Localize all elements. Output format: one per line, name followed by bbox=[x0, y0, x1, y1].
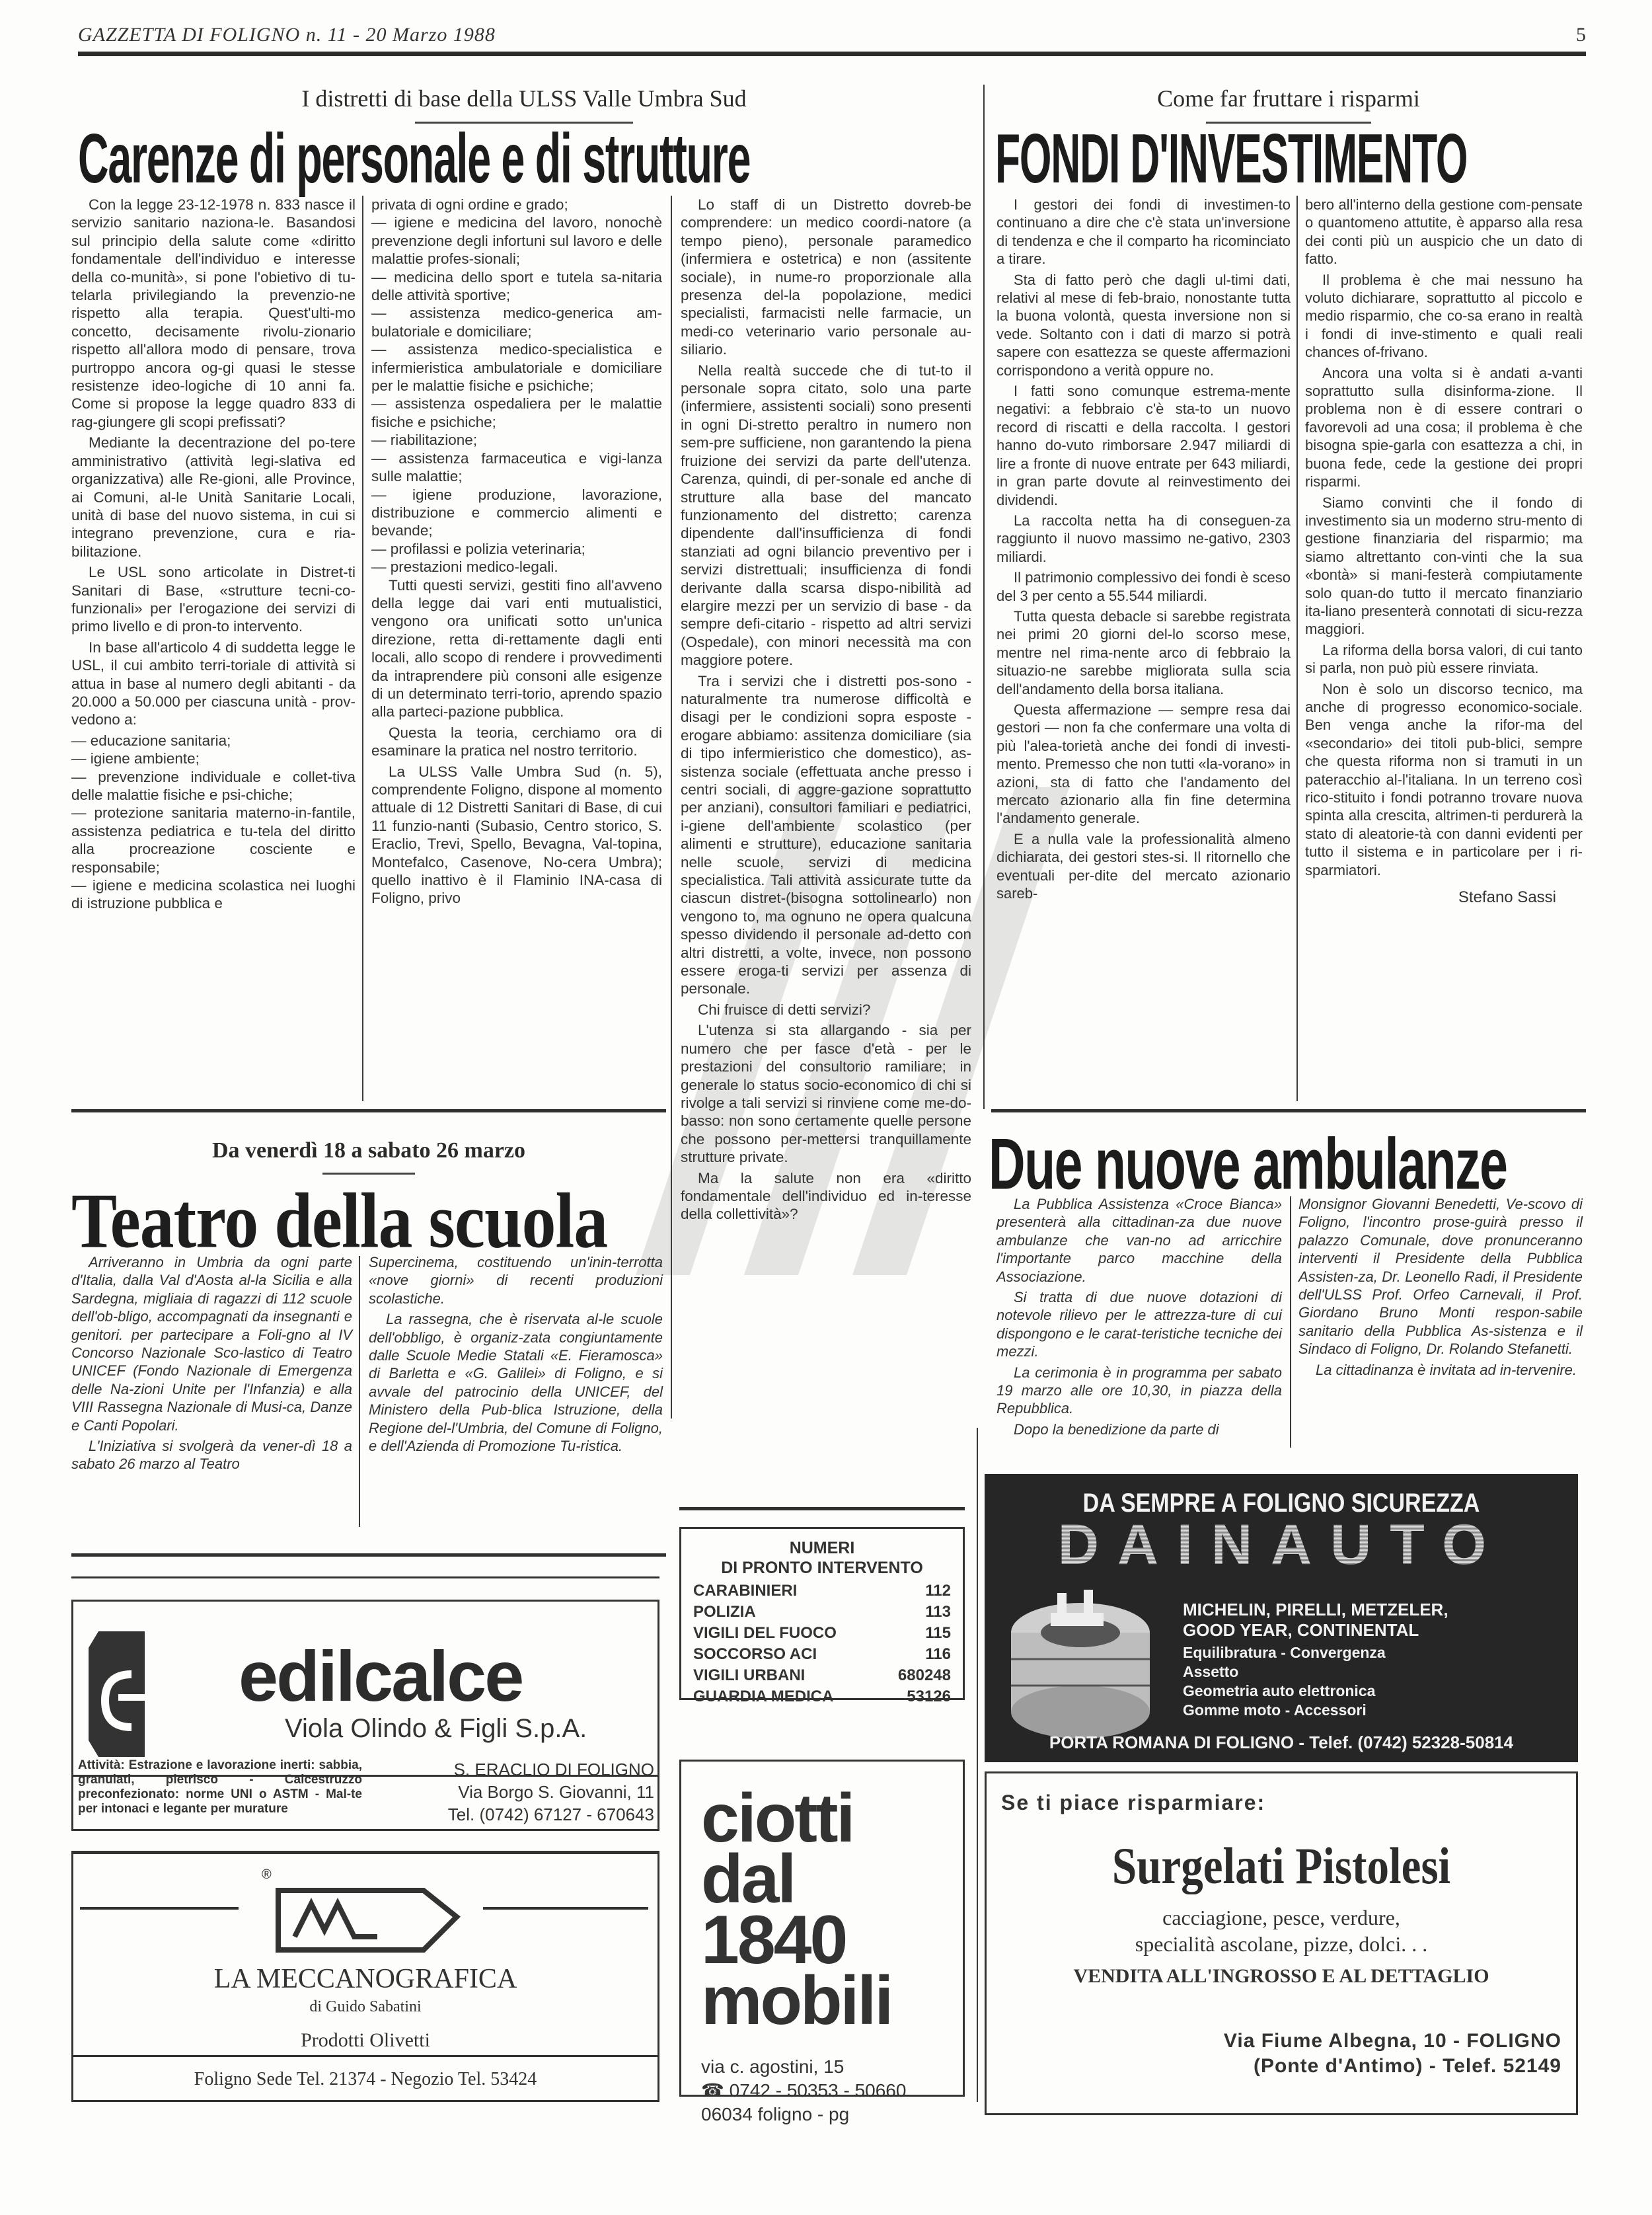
list-item: — medicina dello sport e tutela sa-nitar… bbox=[371, 268, 662, 305]
service-item: Gomme moto - Accessori bbox=[1183, 1701, 1386, 1720]
funds-kicker: Come far fruttare i risparmi bbox=[991, 85, 1586, 112]
health-headline: Carenze di personale e di strutture bbox=[78, 119, 979, 199]
tire-brands-line: GOOD YEAR, CONTINENTAL bbox=[1183, 1620, 1448, 1641]
section-rule bbox=[71, 1553, 666, 1557]
service-name: GUARDIA MEDICA bbox=[693, 1686, 833, 1707]
pistolesi-sales: VENDITA ALL'INGROSSO E AL DETTAGLIO bbox=[987, 1965, 1576, 1988]
list-item: — igiene ambiente; bbox=[71, 750, 356, 767]
paragraph: Lo staff di un Distretto dovreb-be compr… bbox=[681, 196, 971, 359]
section-rule bbox=[71, 1109, 666, 1112]
health-article-header: I distretti di base della ULSS Valle Umb… bbox=[78, 85, 970, 124]
paragraph: Tutta questa debacle si sarebbe registra… bbox=[996, 607, 1291, 698]
tire-brands-line: MICHELIN, PIRELLI, METZELER, bbox=[1183, 1600, 1448, 1620]
edilcalce-address: S. ERACLIO DI FOLIGNO Via Borgo S. Giova… bbox=[370, 1758, 654, 1826]
paragraph: Le USL sono articolate in Distret-ti San… bbox=[71, 563, 356, 636]
funds-column-1: I gestori dei fondi di investimen-to con… bbox=[996, 196, 1291, 905]
paragraph: Chi fruisce di detti servizi? bbox=[681, 1001, 971, 1019]
list-item: — protezione sanitaria materno-in-fantil… bbox=[71, 804, 356, 876]
emergency-row: GUARDIA MEDICA53126 bbox=[693, 1686, 951, 1707]
paragraph: L'Iniziativa si svolgerà da vener-dì 18 … bbox=[71, 1437, 352, 1473]
ciotti-phone-row: ☎ 0742 - 50353 - 50660 bbox=[701, 2079, 943, 2103]
pistolesi-name: Surgelati Pistolesi bbox=[1028, 1836, 1534, 1896]
list-item: — prevenzione individuale e collet-tiva … bbox=[71, 768, 356, 804]
paragraph: Sta di fatto però che dagli ul-timi dati… bbox=[996, 271, 1291, 379]
funds-article-header: Come far fruttare i risparmi bbox=[991, 85, 1586, 124]
paragraph: La rassegna, che è riservata al-le scuol… bbox=[369, 1310, 663, 1455]
theatre-column-1: Arriveranno in Umbria da ogni parte d'It… bbox=[71, 1253, 352, 1476]
address-line: Tel. (0742) 67127 - 670643 bbox=[370, 1803, 654, 1826]
list-item: — riabilitazione; bbox=[371, 431, 662, 449]
telephone-icon: ☎ bbox=[701, 2080, 724, 2101]
paragraph: La cittadinanza è invitata ad in-terveni… bbox=[1298, 1361, 1583, 1379]
health-column-2: privata di ogni ordine e grado; — igiene… bbox=[371, 196, 662, 910]
ciotti-contact: via c. agostini, 15 ☎ 0742 - 50353 - 506… bbox=[701, 2055, 943, 2126]
edilcalce-logo-icon bbox=[85, 1628, 149, 1760]
pistolesi-products-2: specialità ascolane, pizze, dolci. . . bbox=[987, 1932, 1576, 1957]
paragraph: Il problema è che mai nessuno ha voluto … bbox=[1305, 271, 1583, 362]
paragraph: Mediante la decentrazione del po-tere am… bbox=[71, 434, 356, 561]
logo-rule bbox=[80, 1907, 239, 1910]
meccanografica-ad: ® LA MECCANOGRAFICA di Guido Sabatini bbox=[71, 1851, 659, 2057]
address-line: S. ERACLIO DI FOLIGNO bbox=[370, 1758, 654, 1781]
paragraph: La riforma della borsa valori, di cui ta… bbox=[1305, 641, 1583, 678]
emergency-row: SOCCORSO ACI116 bbox=[693, 1644, 951, 1665]
paragraph: Ancora una volta si è andati a-vanti sop… bbox=[1305, 364, 1583, 491]
health-kicker: I distretti di base della ULSS Valle Umb… bbox=[78, 85, 970, 112]
column-divider bbox=[983, 85, 985, 1109]
ciotti-line-2: dal 1840 bbox=[701, 1849, 943, 1970]
emergency-row: VIGILI URBANI680248 bbox=[693, 1665, 951, 1686]
section-rule bbox=[71, 1576, 659, 1578]
service-name: POLIZIA bbox=[693, 1602, 756, 1623]
theatre-column-2: Supercinema, costituendo un'inin-terrott… bbox=[369, 1253, 663, 1457]
phone-number: 680248 bbox=[898, 1665, 951, 1686]
column-divider bbox=[362, 196, 363, 1101]
paragraph: Dopo la benedizione da parte di bbox=[996, 1420, 1282, 1438]
address-line: Via Fiume Albegna, 10 - FOLIGNO bbox=[1224, 2029, 1561, 2054]
theatre-article-header: Da venerdì 18 a sabato 26 marzo bbox=[71, 1138, 666, 1175]
paragraph: La raccolta netta ha di conseguen-za rag… bbox=[996, 512, 1291, 566]
paragraph: Siamo convinti che il fondo di investime… bbox=[1305, 494, 1583, 639]
service-item: Assetto bbox=[1183, 1662, 1386, 1682]
emergency-subtitle: DI PRONTO INTERVENTO bbox=[693, 1558, 951, 1578]
paragraph: Con la legge 23-12-1978 n. 833 nasce il … bbox=[71, 196, 356, 431]
health-column-3: Lo staff di un Distretto dovreb-be compr… bbox=[681, 196, 971, 1226]
paragraph: La ULSS Valle Umbra Sud (n. 5), comprend… bbox=[371, 763, 662, 908]
paragraph: Non è solo un discorso tecnico, ma anche… bbox=[1305, 680, 1583, 879]
ciotti-brand: ciotti dal 1840 mobili bbox=[701, 1788, 943, 2031]
ciotti-address: via c. agostini, 15 bbox=[701, 2055, 943, 2079]
ambulances-column-1: La Pubblica Assistenza «Croce Bianca» pr… bbox=[996, 1195, 1282, 1441]
ciotti-ad: ciotti dal 1840 mobili via c. agostini, … bbox=[679, 1760, 965, 2097]
emergency-row: VIGILI DEL FUOCO115 bbox=[693, 1623, 951, 1644]
column-divider bbox=[359, 1256, 360, 1527]
funds-column-2: bero all'interno della gestione com-pens… bbox=[1305, 196, 1583, 906]
list-item: — igiene produzione, lavorazione, distri… bbox=[371, 486, 662, 540]
paragraph: Arriveranno in Umbria da ogni parte d'It… bbox=[71, 1253, 352, 1434]
list-item: — assistenza ospedaliera per le malattie… bbox=[371, 395, 662, 431]
emergency-title: NUMERI bbox=[693, 1538, 951, 1558]
ciotti-phone: 0742 - 50353 - 50660 bbox=[730, 2080, 907, 2101]
column-divider bbox=[671, 196, 672, 1418]
logo-rule bbox=[483, 1907, 648, 1910]
paragraph: Ma la salute non era «diritto fondamenta… bbox=[681, 1169, 971, 1224]
dainauto-brands: MICHELIN, PIRELLI, METZELER, GOOD YEAR, … bbox=[1183, 1600, 1448, 1641]
byline: Stefano Sassi bbox=[1305, 888, 1583, 906]
paragraph: L'utenza si sta allargando - sia per num… bbox=[681, 1021, 971, 1166]
pistolesi-address: Via Fiume Albegna, 10 - FOLIGNO (Ponte d… bbox=[1224, 2029, 1561, 2079]
meccanografica-logo-icon bbox=[265, 1877, 470, 1957]
page-number: 5 bbox=[1576, 24, 1586, 46]
masthead-rule bbox=[78, 52, 1586, 56]
paragraph: In base all'articolo 4 di suddetta legge… bbox=[71, 639, 356, 729]
paragraph: Si tratta di due nuove dotazioni di note… bbox=[996, 1288, 1282, 1361]
ciotti-line-3: mobili bbox=[701, 1970, 943, 2031]
emergency-list: CARABINIERI112 POLIZIA113 VIGILI DEL FUO… bbox=[693, 1580, 951, 1707]
ciotti-line-1: ciotti bbox=[701, 1788, 943, 1849]
phone-number: 113 bbox=[925, 1602, 951, 1623]
paragraph: I gestori dei fondi di investimen-to con… bbox=[996, 196, 1291, 268]
phone-number: 115 bbox=[925, 1623, 951, 1644]
ambulances-headline: Due nuove ambulanze bbox=[989, 1124, 1507, 1206]
list-item: — assistenza farmaceutica e vigi-lanza s… bbox=[371, 449, 662, 486]
paragraph: La Pubblica Assistenza «Croce Bianca» pr… bbox=[996, 1195, 1282, 1286]
service-name: SOCCORSO ACI bbox=[693, 1644, 817, 1665]
phone-number: 116 bbox=[925, 1644, 951, 1665]
meccanografica-owner: di Guido Sabatini bbox=[73, 1998, 657, 2016]
kicker-rule bbox=[322, 1173, 415, 1175]
address-line: (Ponte d'Antimo) - Telef. 52149 bbox=[1224, 2054, 1561, 2079]
service-item: Geometria auto elettronica bbox=[1183, 1682, 1386, 1701]
service-name: VIGILI DEL FUOCO bbox=[693, 1623, 837, 1644]
newspaper-title: GAZZETTA DI FOLIGNO n. 11 - 20 Marzo 198… bbox=[78, 24, 496, 46]
column-divider bbox=[1290, 1196, 1291, 1448]
paragraph: Questa affermazione — sempre resa dai ge… bbox=[996, 701, 1291, 828]
column-divider bbox=[977, 1428, 978, 2102]
emergency-row: CARABINIERI112 bbox=[693, 1580, 951, 1602]
funds-headline: FONDI D'INVESTIMENTO bbox=[995, 119, 1467, 199]
emergency-numbers-box: NUMERI DI PRONTO INTERVENTO CARABINIERI1… bbox=[679, 1527, 965, 1700]
paragraph: Monsignor Giovanni Benedetti, Ve-scovo d… bbox=[1298, 1195, 1583, 1358]
pistolesi-ad: Se ti piace risparmiare: Surgelati Pisto… bbox=[985, 1771, 1578, 2115]
paragraph: Nella realtà succede che di tut-to il pe… bbox=[681, 362, 971, 670]
list-item: — igiene e medicina del lavoro, nonochè … bbox=[371, 214, 662, 268]
edilcalce-activities: Attività: Estrazione e lavorazione inert… bbox=[78, 1758, 362, 1816]
section-rule bbox=[679, 1507, 965, 1510]
paragraph: Questa la teoria, cerchiamo ora di esami… bbox=[371, 724, 662, 760]
paragraph: Tra i servizi che i distretti pos-sono -… bbox=[681, 672, 971, 998]
paragraph: Il patrimonio complessivo dei fondi è sc… bbox=[996, 568, 1291, 605]
paragraph: Supercinema, costituendo un'inin-terrott… bbox=[369, 1253, 663, 1307]
phone-number: 53126 bbox=[907, 1686, 951, 1707]
meccanografica-products: Prodotti Olivetti bbox=[71, 2029, 659, 2052]
theatre-kicker: Da venerdì 18 a sabato 26 marzo bbox=[71, 1138, 666, 1163]
section-rule bbox=[991, 1109, 1586, 1112]
emergency-row: POLIZIA113 bbox=[693, 1602, 951, 1623]
paragraph: La cerimonia è in programma per sabato 1… bbox=[996, 1364, 1282, 1418]
phone-number: 112 bbox=[925, 1580, 951, 1602]
list-item: privata di ogni ordine e grado; bbox=[371, 196, 662, 214]
masthead: GAZZETTA DI FOLIGNO n. 11 - 20 Marzo 198… bbox=[78, 24, 1586, 58]
list-item: — assistenza medico-specialistica e infe… bbox=[371, 340, 662, 395]
pistolesi-products-1: cacciagione, pesce, verdure, bbox=[987, 1906, 1576, 1930]
dainauto-services: Equilibratura - Convergenza Assetto Geom… bbox=[1183, 1643, 1386, 1720]
list-item: — assistenza medico-generica am-bulatori… bbox=[371, 304, 662, 340]
ambulances-column-2: Monsignor Giovanni Benedetti, Ve-scovo d… bbox=[1298, 1195, 1583, 1381]
dainauto-brand: DAINAUTO bbox=[1024, 1522, 1538, 1568]
ciotti-city: 06034 foligno - pg bbox=[701, 2103, 943, 2126]
list-item: — igiene e medicina scolastica nei luogh… bbox=[71, 876, 356, 913]
paragraph: bero all'interno della gestione com-pens… bbox=[1305, 196, 1583, 268]
pistolesi-tagline: Se ti piace risparmiare: bbox=[1001, 1791, 1265, 1815]
dainauto-ad: DA SEMPRE A FOLIGNO SICUREZZA DAINAUTO M… bbox=[985, 1474, 1578, 1762]
paragraph: I fatti sono comunque estrema-mente nega… bbox=[996, 382, 1291, 509]
meccanografica-phones: Foligno Sede Tel. 21374 - Negozio Tel. 5… bbox=[71, 2069, 659, 2090]
meccanografica-name: LA MECCANOGRAFICA bbox=[73, 1963, 657, 1995]
service-item: Equilibratura - Convergenza bbox=[1183, 1643, 1386, 1662]
health-column-1: Con la legge 23-12-1978 n. 833 nasce il … bbox=[71, 196, 356, 913]
list-item: — prestazioni medico-legali. bbox=[371, 558, 662, 576]
service-name: CARABINIERI bbox=[693, 1580, 797, 1602]
address-line: Via Borgo S. Giovanni, 11 bbox=[370, 1781, 654, 1803]
edilcalce-ad: edilcalce Viola Olindo & Figli S.p.A. bbox=[71, 1600, 659, 1777]
dainauto-footer: PORTA ROMANA DI FOLIGNO - Telef. (0742) … bbox=[985, 1732, 1578, 1753]
service-name: VIGILI URBANI bbox=[693, 1665, 805, 1686]
tire-stack-icon bbox=[1004, 1580, 1156, 1738]
paragraph: Tutti questi servizi, gestiti fino all'a… bbox=[371, 576, 662, 721]
list-item: — educazione sanitaria; bbox=[71, 732, 356, 750]
paragraph: E a nulla vale la professionalità almeno… bbox=[996, 830, 1291, 903]
column-divider bbox=[1296, 196, 1298, 1101]
edilcalce-company: Viola Olindo & Figli S.p.A. bbox=[285, 1714, 587, 1744]
edilcalce-brand: edilcalce bbox=[239, 1635, 522, 1717]
list-item: — profilassi e polizia veterinaria; bbox=[371, 540, 662, 558]
